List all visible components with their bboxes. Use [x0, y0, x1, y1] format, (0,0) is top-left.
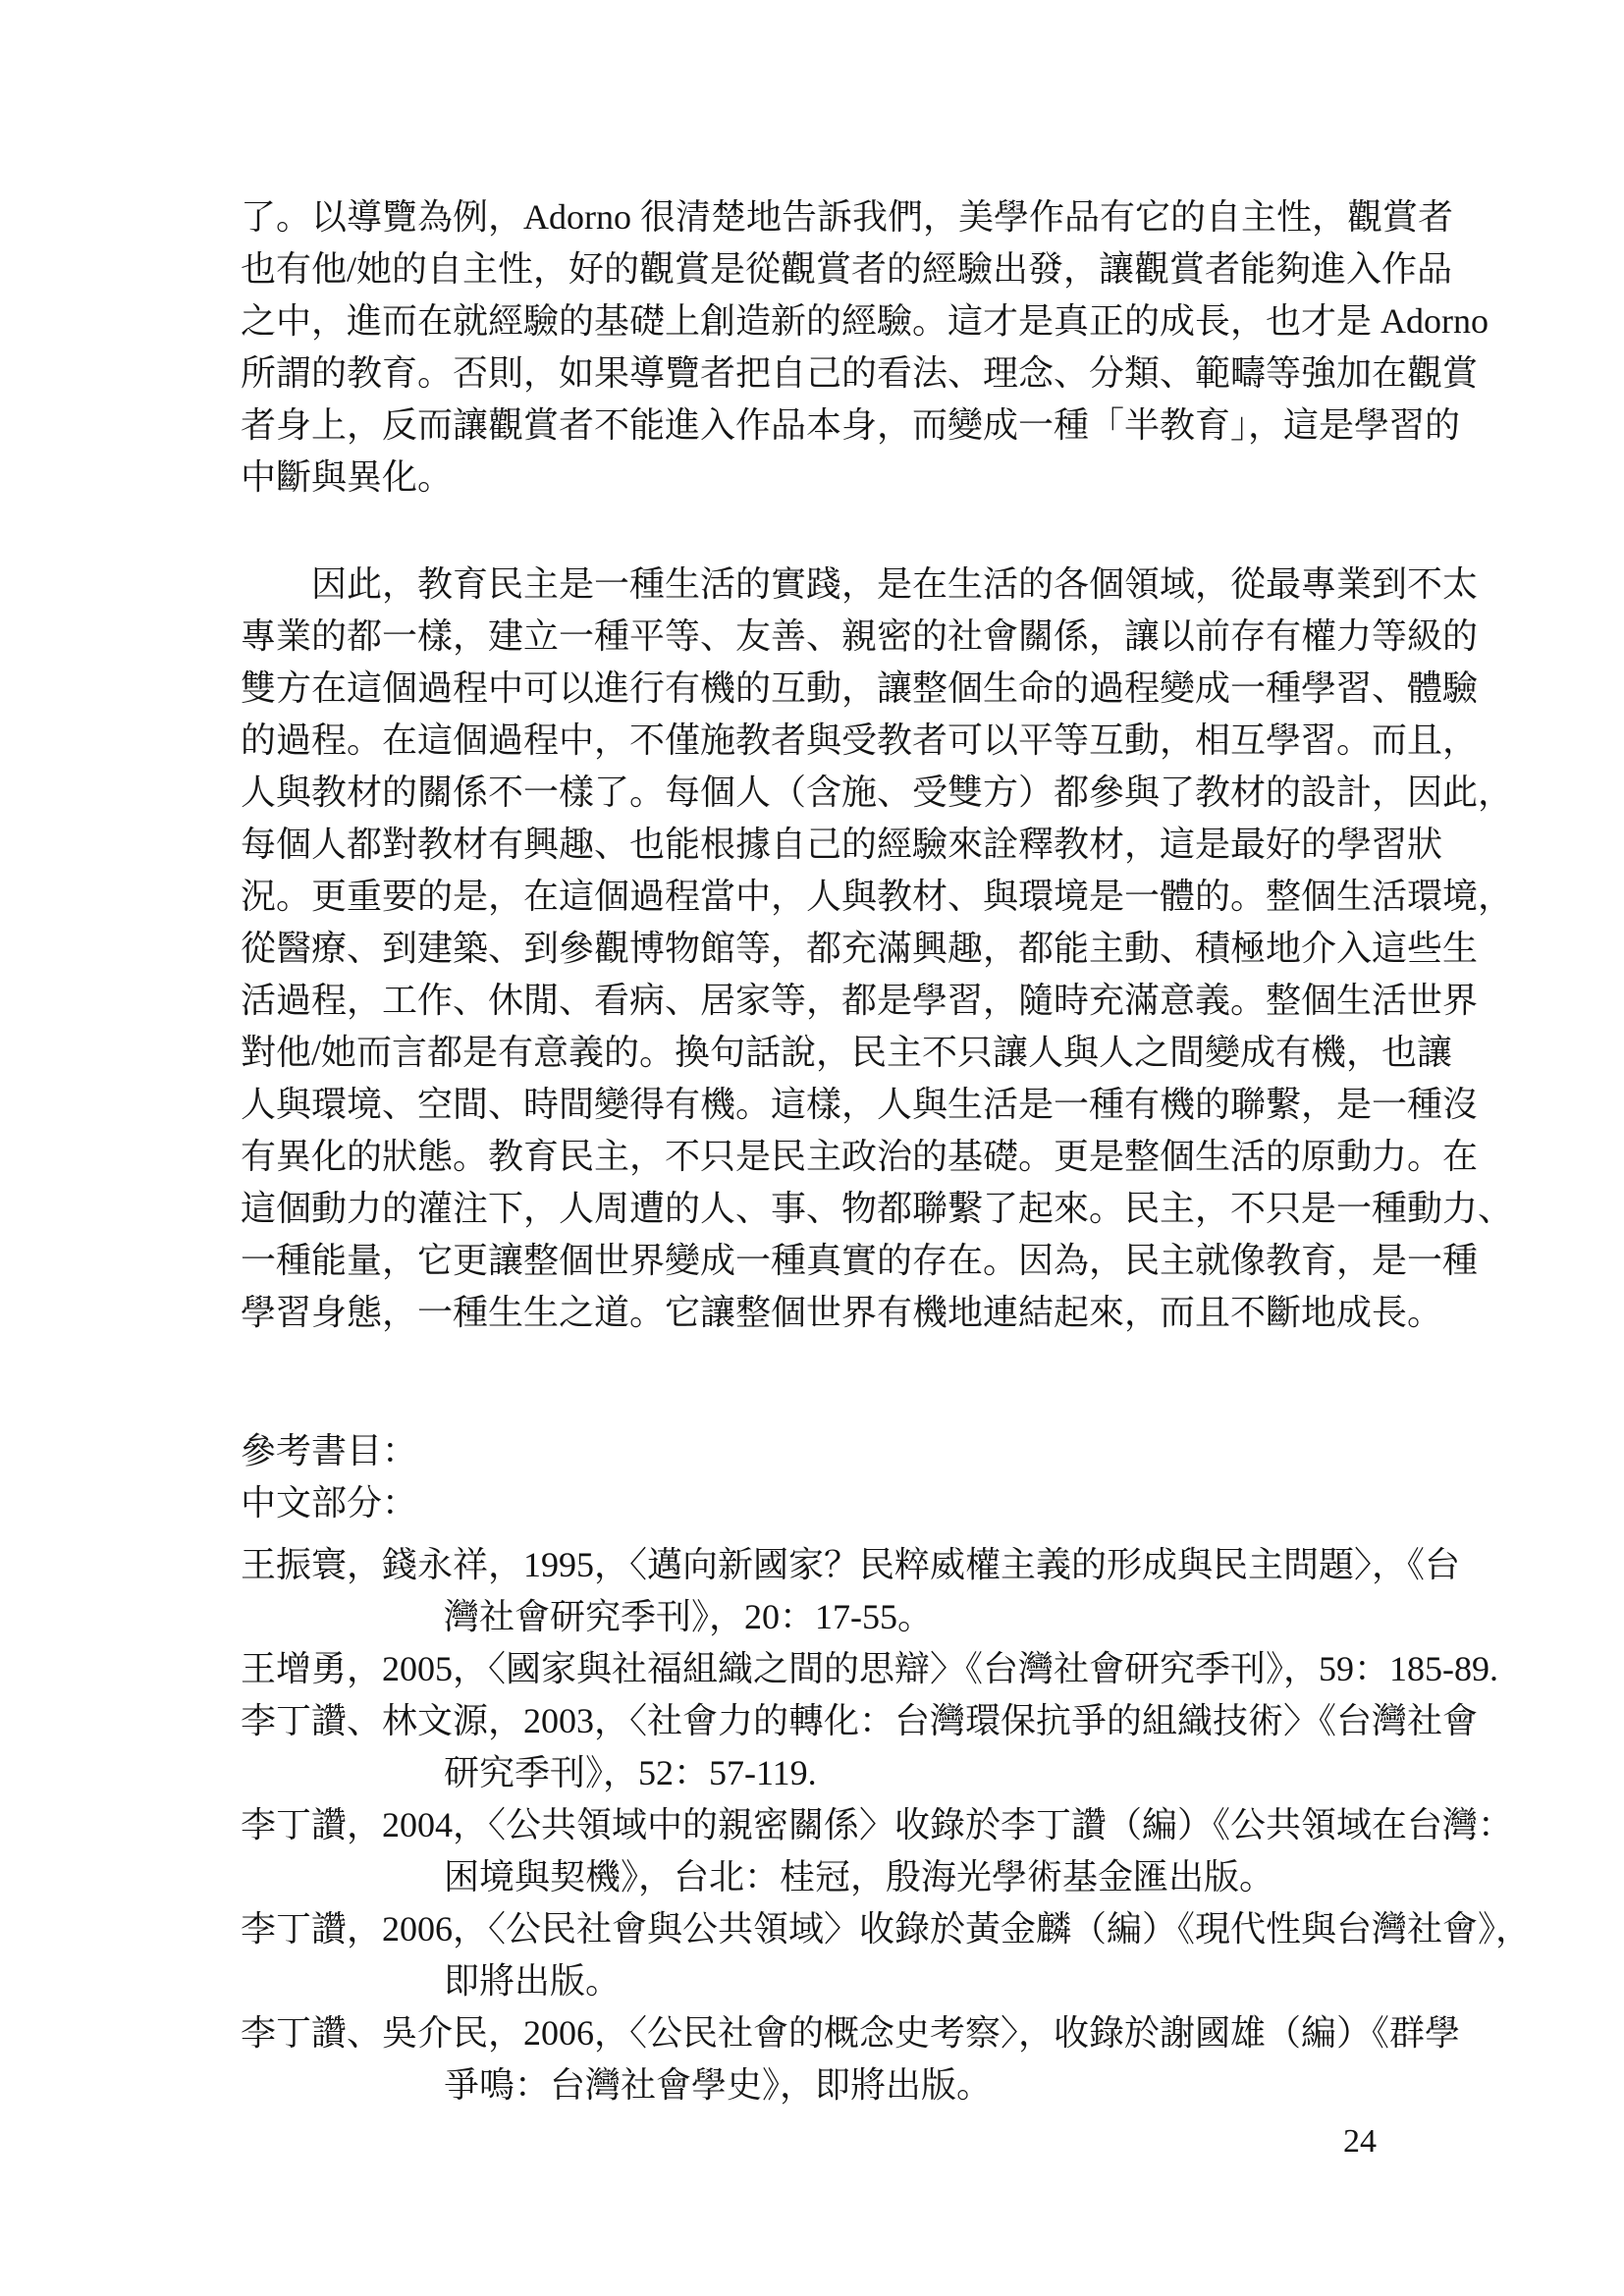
paragraph-2: 因此，教育民主是一種生活的實踐，是在生活的各個領域，從最專業到不太 專業的都一樣…: [241, 559, 1404, 1339]
paragraph-line: 了。以導覽為例，Adorno 很清楚地告訴我們，美學作品有它的自主性，觀賞者: [241, 191, 1404, 243]
bibliography-line: 困境與契機》，台北：桂冠，殷海光學術基金匯出版。: [241, 1851, 1404, 1903]
paragraph-line: 因此，教育民主是一種生活的實踐，是在生活的各個領域，從最專業到不太: [241, 559, 1404, 611]
chinese-section-heading: 中文部分：: [241, 1477, 1404, 1529]
bibliography-line: 王增勇，2005，〈國家與社福組織之間的思辯〉《台灣社會研究季刊》，59：185…: [241, 1643, 1404, 1695]
paragraph-line: 這個動力的灌注下，人周遭的人、事、物都聯繫了起來。民主，不只是一種動力、: [241, 1183, 1404, 1235]
bibliography-line: 王振寰，錢永祥，1995，〈邁向新國家？民粹威權主義的形成與民主問題〉，《台: [241, 1539, 1404, 1591]
bibliography-line: 即將出版。: [241, 1955, 1404, 2007]
bibliography-line: 李丁讚、林文源，2003，〈社會力的轉化：台灣環保抗爭的組織技術〉《台灣社會: [241, 1695, 1404, 1747]
paragraph-line: 況。更重要的是，在這個過程當中，人與教材、與環境是一體的。整個生活環境，: [241, 871, 1404, 923]
paragraph-line: 之中，進而在就經驗的基礎上創造新的經驗。這才是真正的成長，也才是 Adorno: [241, 295, 1404, 347]
bibliography-line: 研究季刊》，52：57-119.: [241, 1747, 1404, 1799]
bibliography-list: 王振寰，錢永祥，1995，〈邁向新國家？民粹威權主義的形成與民主問題〉，《台 灣…: [241, 1539, 1404, 2111]
paragraph-1: 了。以導覽為例，Adorno 很清楚地告訴我們，美學作品有它的自主性，觀賞者 也…: [241, 191, 1404, 504]
references-section: 參考書目： 中文部分：: [241, 1425, 1404, 1529]
paragraph-line: 者身上，反而讓觀賞者不能進入作品本身，而變成一種「半教育」，這是學習的: [241, 400, 1404, 452]
paragraph-line: 中斷與異化。: [241, 452, 1404, 504]
paragraph-line: 雙方在這個過程中可以進行有機的互動，讓整個生命的過程變成一種學習、體驗: [241, 663, 1404, 715]
paragraph-line: 所謂的教育。否則，如果導覽者把自己的看法、理念、分類、範疇等強加在觀賞: [241, 347, 1404, 400]
paragraph-line: 專業的都一樣，建立一種平等、友善、親密的社會關係，讓以前存有權力等級的: [241, 611, 1404, 663]
paragraph-line: 從醫療、到建築、到參觀博物館等，都充滿興趣，都能主動、積極地介入這些生: [241, 923, 1404, 975]
paragraph-line: 也有他/她的自主性，好的觀賞是從觀賞者的經驗出發，讓觀賞者能夠進入作品: [241, 243, 1404, 295]
bibliography-line: 李丁讚，2006，〈公民社會與公共領域〉收錄於黃金麟（編）《現代性與台灣社會》，: [241, 1903, 1404, 1955]
paragraph-line: 人與環境、空間、時間變得有機。這樣，人與生活是一種有機的聯繫，是一種沒: [241, 1079, 1404, 1131]
paragraph-line: 一種能量，它更讓整個世界變成一種真實的存在。因為，民主就像教育，是一種: [241, 1235, 1404, 1287]
paragraph-line: 活過程，工作、休閒、看病、居家等，都是學習，隨時充滿意義。整個生活世界: [241, 975, 1404, 1027]
paragraph-line: 每個人都對教材有興趣、也能根據自己的經驗來詮釋教材，這是最好的學習狀: [241, 819, 1404, 871]
references-heading: 參考書目：: [241, 1425, 1404, 1477]
bibliography-line: 李丁讚、吳介民，2006，〈公民社會的概念史考察〉，收錄於謝國雄（編）《群學: [241, 2007, 1404, 2059]
bibliography-line: 李丁讚，2004，〈公共領域中的親密關係〉收錄於李丁讚（編）《公共領域在台灣：: [241, 1799, 1404, 1851]
document-page: 了。以導覽為例，Adorno 很清楚地告訴我們，美學作品有它的自主性，觀賞者 也…: [0, 0, 1624, 2296]
bibliography-line: 爭鳴：台灣社會學史》，即將出版。: [241, 2059, 1404, 2111]
paragraph-line: 有異化的狀態。教育民主，不只是民主政治的基礎。更是整個生活的原動力。在: [241, 1131, 1404, 1183]
paragraph-line: 的過程。在這個過程中，不僅施教者與受教者可以平等互動，相互學習。而且，: [241, 715, 1404, 767]
paragraph-line: 人與教材的關係不一樣了。每個人（含施、受雙方）都參與了教材的設計，因此，: [241, 767, 1404, 819]
page-number: 24: [1343, 2122, 1377, 2162]
paragraph-line: 學習身態，一種生生之道。它讓整個世界有機地連結起來，而且不斷地成長。: [241, 1287, 1404, 1339]
bibliography-line: 灣社會研究季刊》，20：17-55。: [241, 1591, 1404, 1643]
paragraph-line: 對他/她而言都是有意義的。換句話說，民主不只讓人與人之間變成有機，也讓: [241, 1027, 1404, 1079]
